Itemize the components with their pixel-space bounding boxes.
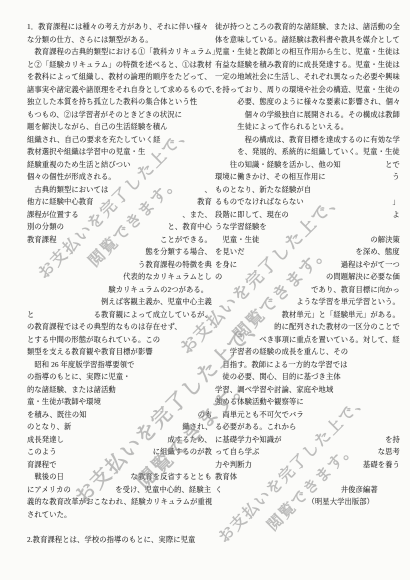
- text-line: 昭和 26 年度版学習指導要領で: [27, 359, 217, 372]
- text-line: 教育課程の古典的類型における①「教科カリキュラム」: [27, 46, 217, 59]
- text-line: を身に 過程はやがて一つ: [215, 259, 405, 272]
- text-line: [27, 521, 217, 534]
- text-line: 一定の地域社会に生活し、それぞれ異なった必要や興味: [215, 71, 405, 84]
- text-line: 強める体験活動や観察等に: [215, 396, 405, 409]
- text-line: 生徒によって作られるといえる。: [215, 121, 405, 134]
- text-line: 学習者の経験の成長を重んじ、その: [215, 346, 405, 359]
- text-line: 他方に経験中心教育 教育: [27, 196, 217, 209]
- text-line: 的に配列された教材の一区分のことで: [215, 321, 405, 334]
- text-line: 古典的類型においては 、: [27, 184, 217, 197]
- text-line: 教材単元」と「経験単元」がある。: [215, 309, 405, 322]
- text-line: 代表的なカリキュラムとし: [27, 271, 217, 284]
- text-line: されていた。: [27, 509, 217, 522]
- text-line: 力や判断力 基礎を養う: [215, 459, 405, 472]
- text-line: 経験重視のため生活と結びつい: [27, 159, 217, 172]
- text-line: に基礎学力や知識が を持: [215, 434, 405, 447]
- text-line: ような学習を単元学習という。: [215, 296, 405, 309]
- text-line: とする中間の形態が取られている。この: [27, 334, 217, 347]
- text-line: 独立した本質を持ち孤立した教科の集合体という性: [27, 96, 217, 109]
- text-line: 類型を支える教育観や教育目標が影響: [27, 346, 217, 359]
- text-line: 徒の必要、関心、目的に基づき主体: [215, 371, 405, 384]
- text-line: 題を解決しながら、自己の生活経験を積ん: [27, 121, 217, 134]
- text-line: 目指す。教師による一方的な学習では: [215, 359, 405, 372]
- text-line: を教科によって組織し、教材の論理的順序をたどって、: [27, 71, 217, 84]
- text-line: を見いだ を深め、態度: [215, 246, 405, 259]
- text-line: このよう に組織するのが教: [27, 446, 217, 459]
- text-line: と る教育観によって成立しているが、: [27, 309, 217, 322]
- text-line: （明星大学出版部）: [215, 496, 405, 509]
- text-line: 個々の個性が形成される。: [27, 171, 217, 184]
- text-line: の指導のもとに、実際に児童・: [27, 371, 217, 384]
- text-line: の教育課程ではその典型的なものは存在せず、: [27, 321, 217, 334]
- text-line: 1．教育課程には種々の考え方があり、それに伴い様々: [27, 21, 217, 34]
- text-line: 例えば客観主義か、児童中心主義: [27, 296, 217, 309]
- text-line: もつもの、②は学習者がそのときどきの状況に: [27, 109, 217, 122]
- scanned-document-page: 1．教育課程には種々の考え方があり、それに伴い様々な分類の仕方、さらには類型があ…: [0, 0, 410, 580]
- text-line: 教材選択や組織は学習中の児童・生: [27, 146, 217, 159]
- text-line: って自ら学ぶ な思考: [215, 446, 405, 459]
- text-line: 組織され、自己の要求を充たしていく経: [27, 134, 217, 147]
- text-line: のとなり、新 織され、: [27, 421, 217, 434]
- text-line: 諸事実や諸定義や諸原理をそれ自身として求めるもので、: [27, 84, 217, 97]
- text-line: う教育課程の特徴を典: [27, 259, 217, 272]
- text-line: 児童・生徒 の解決策: [215, 234, 405, 247]
- text-line: 験カリキュラムの2つがある。: [27, 284, 217, 297]
- text-line: ものとなり、新たな経験が自: [215, 184, 405, 197]
- text-line: を持っており、周りの環境や社会の構造、児童・生徒の: [215, 84, 405, 97]
- text-line: 童・生徒が教師や環境: [27, 396, 217, 409]
- text-line: 個々の学級独自に展開される。その構成は教師: [215, 109, 405, 122]
- text-column-left: 1．教育課程には種々の考え方があり、それに伴い様々な分類の仕方、さらには類型があ…: [27, 21, 217, 546]
- text-line: 体を意味している。諸経験は教科書や教具を媒介として: [215, 34, 405, 47]
- text-line: 育課程で: [27, 459, 217, 472]
- text-line: の の問題解決に必要な価: [215, 271, 405, 284]
- text-line: 必要、態度のように様々な要素に影響され、個々: [215, 96, 405, 109]
- text-line: 児童・生徒と教師との相互作用から生じ、児童・生徒は: [215, 46, 405, 59]
- text-line: 両単元とも不可欠でバラ: [215, 409, 405, 422]
- text-line: 戦後の日 な教育を反省するととも: [27, 471, 217, 484]
- text-line: であり、教育目標に向かっ: [215, 284, 405, 297]
- text-line: 2.教育課程とは、学校の指導のもとに、実際に児童: [27, 534, 217, 547]
- text-line: と②「経験カリキュラム」の特徴を述べると、①は教材: [27, 59, 217, 72]
- text-line: 有益な経験を積み教育的に成長発達する。児童・生徒は: [215, 59, 405, 72]
- text-line: 態を分類する場合、: [27, 246, 217, 259]
- text-column-right: 徒が持つところの教育的な諸経験、または、諸活動の全体を意味している。諸経験は教科…: [215, 21, 405, 509]
- text-line: を、発展的、系統的に組織していく。児童・生徒: [215, 146, 405, 159]
- text-line: な分類の仕方、さらには類型がある。: [27, 34, 217, 47]
- text-line: 教育課程 ことができる。: [27, 234, 217, 247]
- text-line: べき事項に重点を置いている。対して、経: [215, 334, 405, 347]
- text-line: を積み、既往の知 のも: [27, 409, 217, 422]
- text-line: 的な諸経験、または諸活動: [27, 384, 217, 397]
- text-line: 義的な教育改革がおこなわれ、経験カリキュラムが重視: [27, 496, 217, 509]
- text-line: 往の知識・経験を活かし、他の知 とで: [215, 159, 405, 172]
- text-line: く 井俊彦編著: [215, 484, 405, 497]
- text-line: 環境に働きかけ、その相互作用に う: [215, 171, 405, 184]
- text-line: 学習、調べ学習や討論、家庭や地域: [215, 384, 405, 397]
- text-line: る必要がある。これから: [215, 421, 405, 434]
- text-line: 課程が位置する 、また、: [27, 209, 217, 222]
- text-line: 段階に即して、現在の よ: [215, 209, 405, 222]
- text-line: 成長発達し 成するため、: [27, 434, 217, 447]
- text-line: 徒が持つところの教育的な諸経験、または、諸活動の全: [215, 21, 405, 34]
- text-line: にアメリカの を受け、児童中心的、経験主: [27, 484, 217, 497]
- text-line: 程の構成は、教育目標を達成するのに有効な学: [215, 134, 405, 147]
- text-line: るものでなければならない 」: [215, 196, 405, 209]
- text-line: 別の分類の と、教育中心: [27, 221, 217, 234]
- text-line: 教育体: [215, 471, 405, 484]
- text-line: うな学習経験を: [215, 221, 405, 234]
